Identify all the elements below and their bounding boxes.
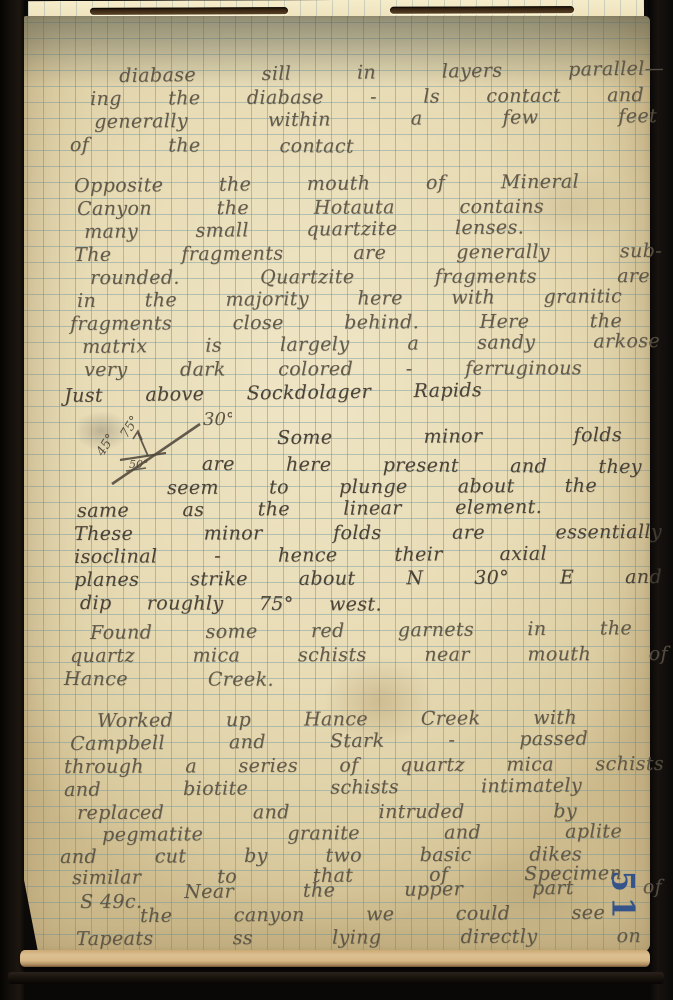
handwriting-line: dip roughly 75° west. bbox=[80, 591, 382, 618]
stitch-slit bbox=[390, 6, 574, 14]
handwriting-line: of the contact bbox=[70, 133, 354, 159]
page-number-text: 51 bbox=[605, 870, 641, 923]
handwriting-line: seem to plunge about the bbox=[167, 474, 597, 501]
handwriting-line: Opposite the mouth of Mineral bbox=[74, 170, 579, 199]
plunge-angle-label: 75° bbox=[118, 413, 143, 440]
handwriting-line: generally within a few feet bbox=[94, 104, 657, 135]
handwriting-line: through a series of quartz mica schists bbox=[64, 752, 664, 780]
notebook-page: diabase sill in layers parallel—ing the … bbox=[24, 16, 650, 952]
handwriting-line: fragments close behind. Here the bbox=[70, 309, 622, 337]
handwriting-line: and biotite schists intimately bbox=[64, 773, 582, 803]
page-top-shadow bbox=[24, 16, 650, 88]
paper-stain bbox=[454, 846, 614, 936]
book-cover-ledge bbox=[8, 972, 664, 984]
handwriting-line: These minor folds are essentially bbox=[74, 520, 662, 547]
handwriting-line: rounded. Quartzite fragments are bbox=[90, 264, 650, 291]
handwriting-line: ing the diabase - ls contact and bbox=[90, 83, 644, 112]
handwriting-line: the canyon we could see bbox=[140, 901, 605, 929]
handwriting-line: Just above Sockdolager Rapids bbox=[64, 378, 482, 409]
strike-dip-sketch: 30° 75° 45° 50° bbox=[82, 398, 232, 498]
handwriting-line: many small quartzite lenses. bbox=[84, 215, 524, 245]
handwriting-line: Found some red garnets in the bbox=[90, 616, 632, 646]
strike-angle-label: 30° bbox=[203, 409, 232, 430]
handwriting-line: diabase sill in layers parallel— bbox=[119, 56, 664, 89]
handwriting-line: S 49c. bbox=[80, 890, 142, 915]
handwriting-line: isoclinal - hence their axial bbox=[74, 542, 547, 570]
handwriting-line: same as the linear element. bbox=[77, 495, 542, 524]
handwriting-line: Near the upper part of bbox=[184, 875, 662, 905]
handwriting-line: replaced and intruded by bbox=[77, 799, 577, 826]
handwriting-line: matrix is largely a sandy arkose bbox=[82, 329, 660, 360]
handwriting-line: Tapeats ss lying directly on bbox=[76, 924, 641, 952]
interlimb-angle-label: 50° bbox=[129, 458, 149, 471]
handwriting-line: Canyon the Hotauta contains bbox=[77, 195, 544, 222]
handwriting-line: Worked up Hance Creek with bbox=[97, 706, 577, 734]
paper-stain bbox=[74, 411, 129, 451]
handwriting-line: and cut by two basic dikes bbox=[60, 842, 582, 870]
handwriting-line: in the majority here with granitic bbox=[77, 284, 622, 314]
page-number: 51 bbox=[602, 854, 644, 940]
handwriting-line: very dark colored - ferruginous bbox=[84, 356, 582, 383]
handwriting-line: The fragments are generally sub- bbox=[74, 239, 662, 268]
handwriting-line: quartz mica schists near mouth of bbox=[70, 642, 668, 669]
dip-angle-label: 45° bbox=[93, 431, 118, 459]
handwriting-line: pegmatite granite and aplite bbox=[102, 819, 622, 848]
handwriting-line: planes strike about N 30° E and bbox=[74, 565, 662, 593]
handwriting-line: Campbell and Stark - passed bbox=[70, 727, 588, 757]
field-notebook: diabase sill in layers parallel—ing the … bbox=[0, 0, 673, 1000]
paper-stain bbox=[504, 166, 634, 246]
book-binding-left bbox=[0, 0, 26, 1000]
book-binding-right bbox=[648, 0, 673, 1000]
handwriting-line: similar to that of Specimen bbox=[72, 861, 622, 891]
handwriting-line: are here present and they bbox=[202, 452, 642, 480]
handwriting-line: Some minor folds bbox=[277, 423, 622, 451]
stitch-slit bbox=[90, 7, 288, 15]
paper-stain bbox=[324, 656, 434, 746]
page-stack-edge bbox=[20, 950, 650, 967]
handwriting-line: Hance Creek. bbox=[64, 667, 274, 693]
